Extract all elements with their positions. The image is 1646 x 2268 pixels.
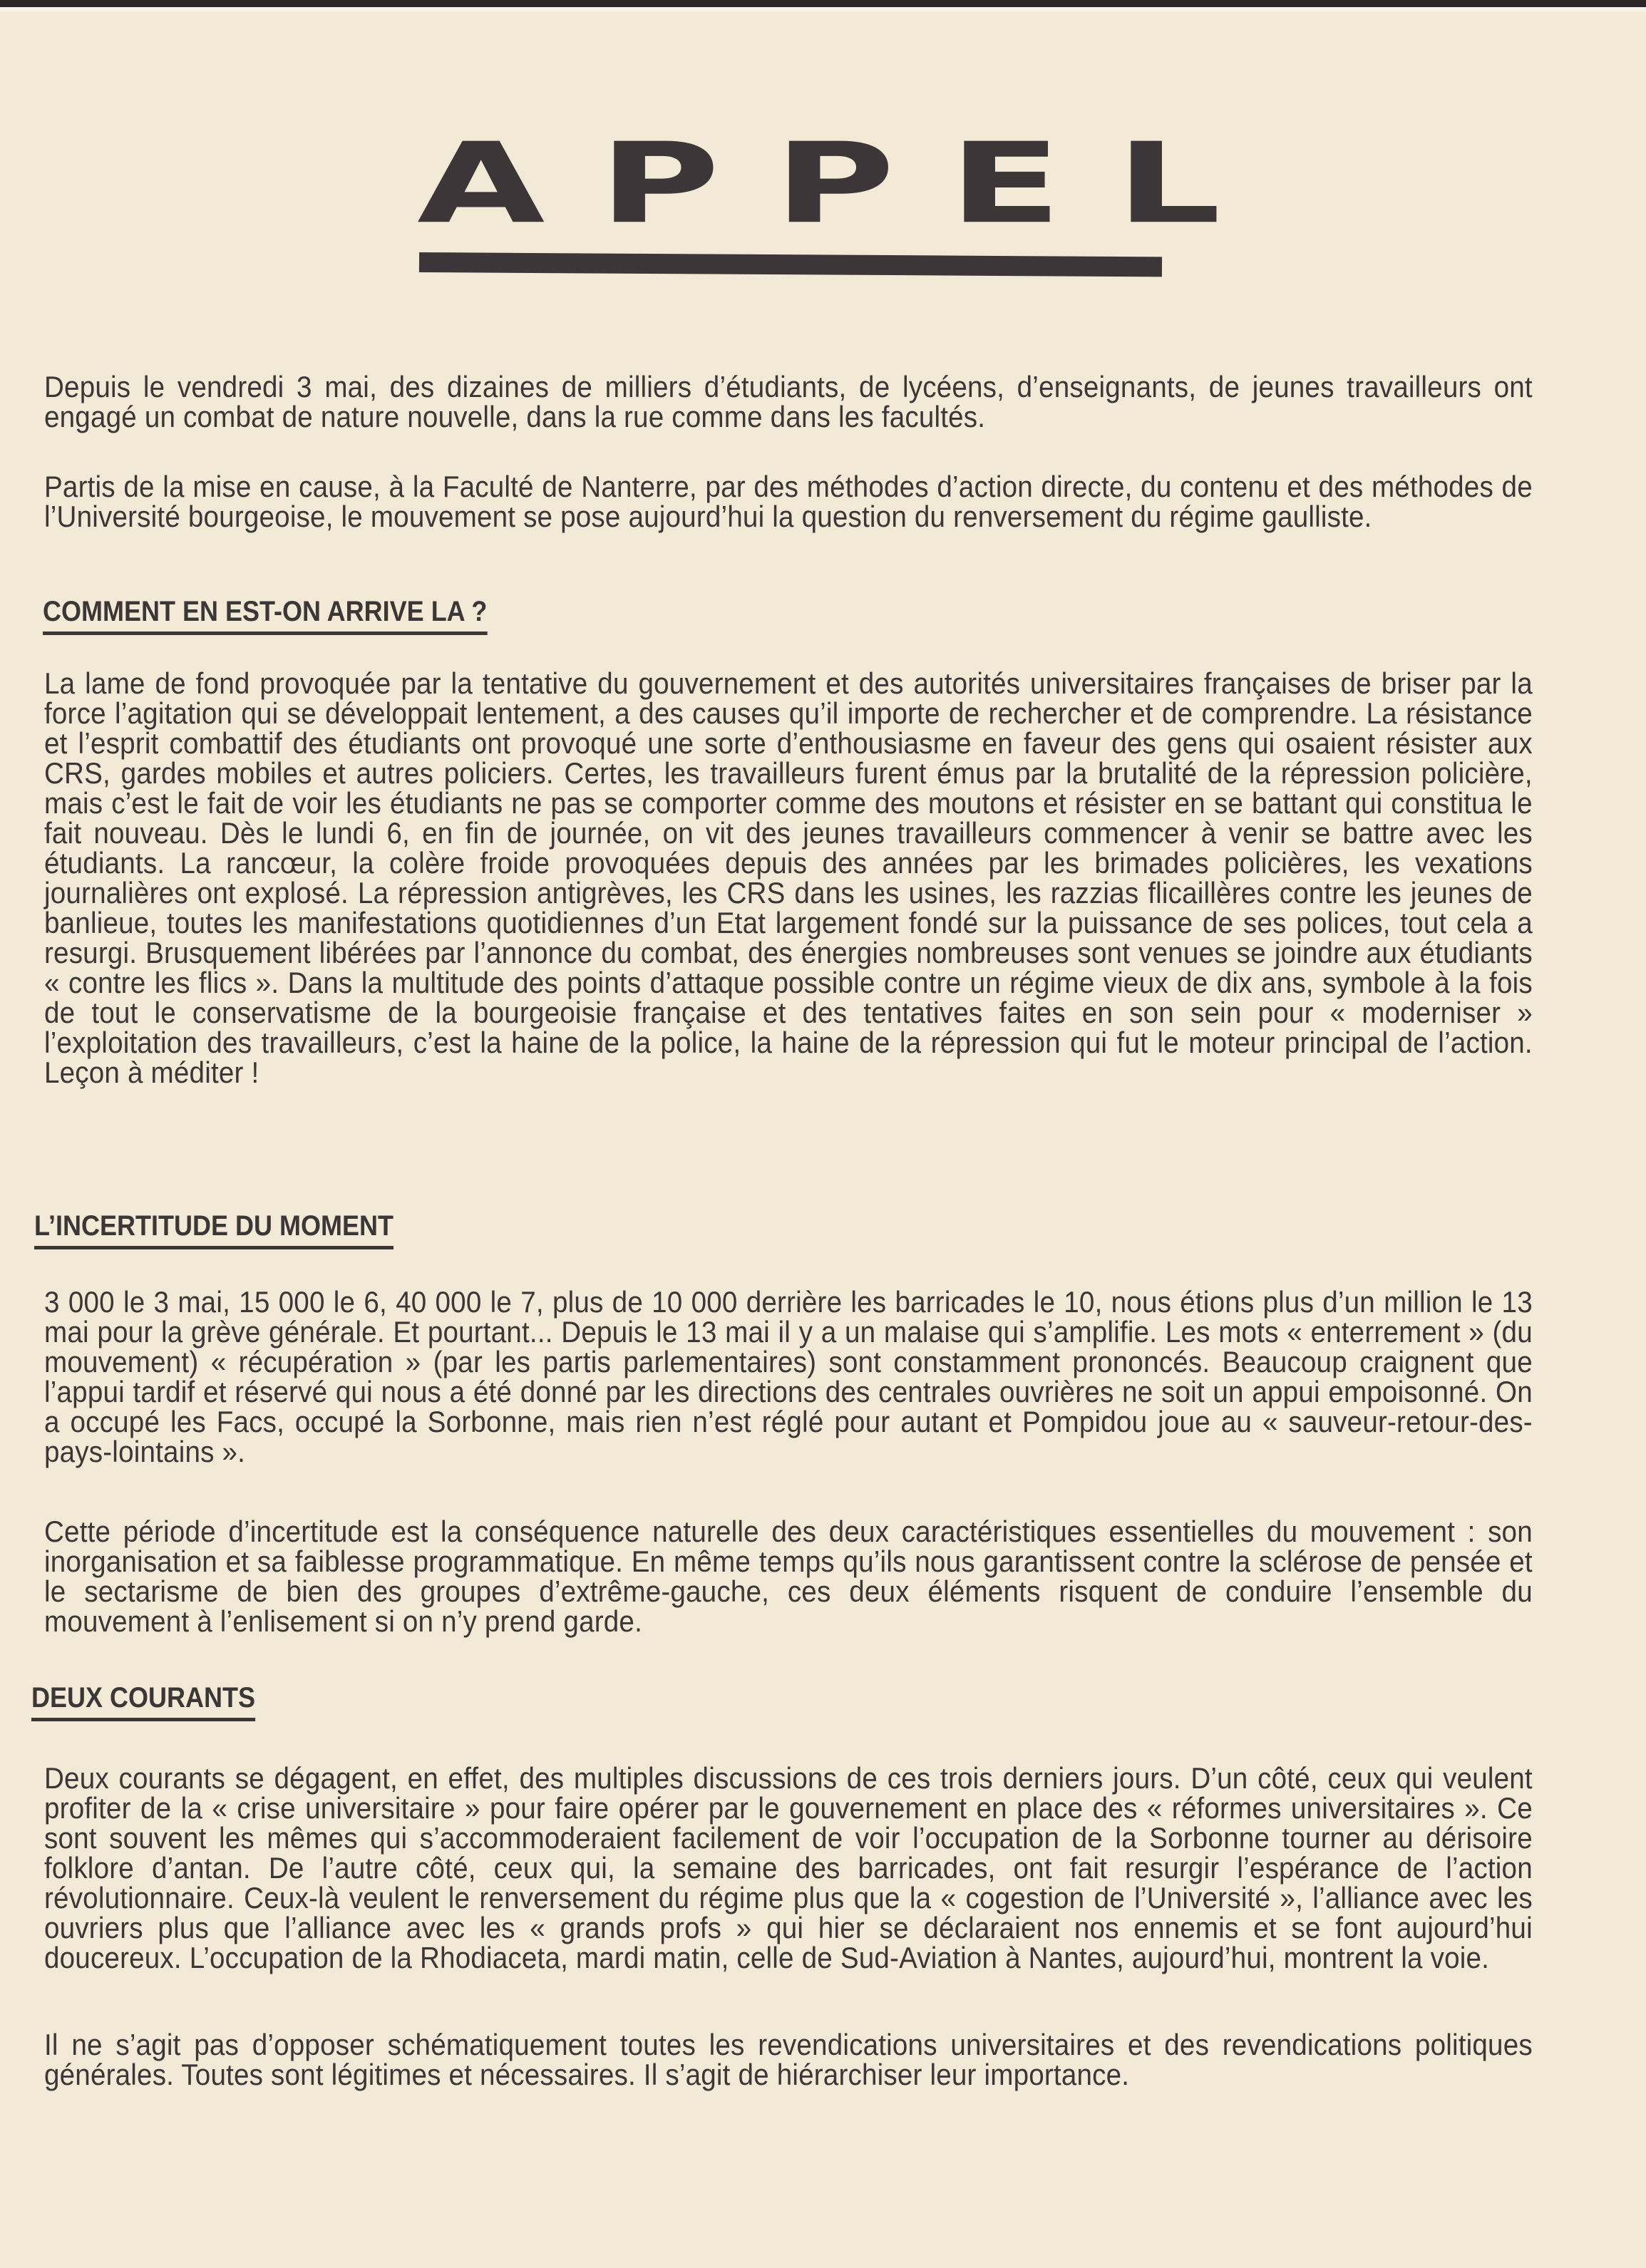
intro-paragraph-1-block: Depuis le vendredi 3 mai, des dizaines d… [44,372,1531,432]
section-2-body-2: Cette période d’incertitude est la consé… [44,1517,1531,1636]
intro-paragraph: Depuis le vendredi 3 mai, des dizaines d… [44,372,1533,432]
section-paragraph: La lame de fond provoquée par la tentati… [44,669,1533,1088]
page-title: APPEL [417,128,1275,239]
section-heading: COMMENT EN EST-ON ARRIVE LA ? [43,596,487,635]
section-3-body-1: Deux courants se dégagent, en effet, des… [44,1763,1531,1973]
section-paragraph: Deux courants se dégagent, en effet, des… [44,1763,1533,1973]
section-paragraph: Cette période d’incertitude est la consé… [44,1517,1533,1636]
section-heading: L’INCERTITUDE DU MOMENT [34,1210,394,1249]
section-3-body-2: Il ne s’agit pas d’opposer schématiqueme… [44,2030,1531,2090]
intro-paragraph-2-block: Partis de la mise en cause, à la Faculté… [44,472,1531,532]
section-2-body-1: 3 000 le 3 mai, 15 000 le 6, 40 000 le 7… [44,1287,1531,1467]
section-heading: DEUX COURANTS [31,1682,255,1721]
section-paragraph: Il ne s’agit pas d’opposer schématiqueme… [44,2030,1533,2090]
leaflet-page: APPEL Depuis le vendredi 3 mai, des diza… [0,0,1646,2268]
intro-paragraph: Partis de la mise en cause, à la Faculté… [44,472,1533,532]
title-underline [419,252,1162,277]
section-paragraph: 3 000 le 3 mai, 15 000 le 6, 40 000 le 7… [44,1287,1533,1467]
section-1-body: La lame de fond provoquée par la tentati… [44,669,1531,1088]
